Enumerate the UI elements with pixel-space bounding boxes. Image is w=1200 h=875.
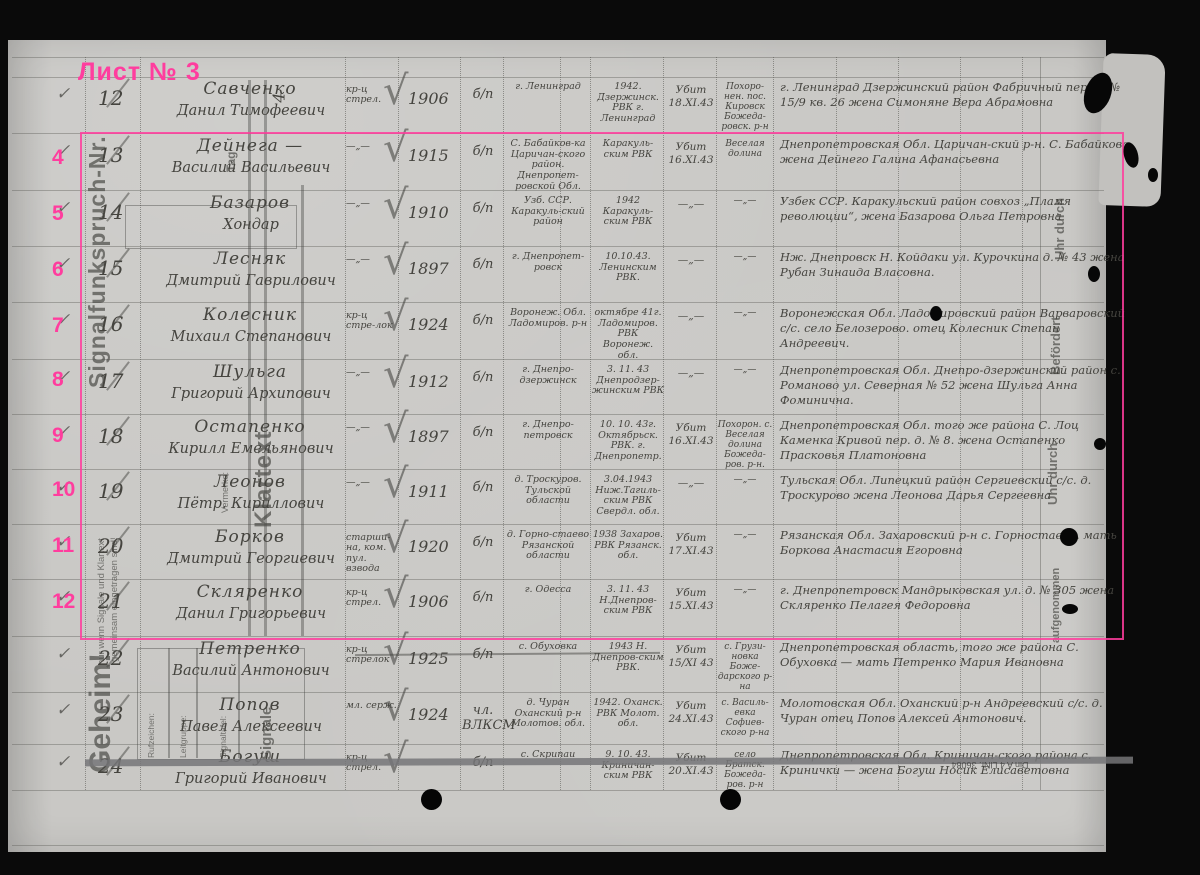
table-row: ✓ 24 Богуш Григорий Иванович кр-ц стрел.… [0, 746, 1200, 801]
year-checkmark: √ [383, 68, 409, 114]
birthplace: д. Чуран Оханский р-н Молотов. обл. [505, 698, 591, 730]
party-status: б/п [462, 87, 504, 102]
form-fine-print: Din A 4 LlNr. 36084 [900, 760, 1080, 770]
ink-blot [1062, 604, 1078, 614]
birth-year: 1906 [408, 89, 460, 108]
punch-hole [421, 789, 442, 810]
paper-tear [1148, 168, 1158, 182]
given-name: Григорий Иванович [142, 771, 360, 787]
burial-place: село Братск. Божеда-ров. р-н [716, 750, 774, 790]
margin-number: 5 [52, 202, 82, 226]
fate: Убит 15/XI 43 [665, 644, 717, 669]
margin-number: 7 [52, 314, 82, 338]
burial-place: с. Василь-евка Софиев-ского р-на [716, 698, 774, 738]
draft-info: 1942. Дзержинск. РВК г. Ленинград [592, 82, 664, 125]
highlight-box [80, 132, 1124, 640]
draft-info: 1943 Н. Днепров-ским РВК. [592, 642, 664, 674]
birth-year: 1925 [408, 649, 460, 668]
birth-year: 1924 [408, 705, 460, 724]
relative-address: Молотовская Обл. Оханский р-н Андреевски… [780, 696, 1132, 726]
margin-number: 12 [52, 590, 82, 614]
given-name: Павел Алексеевич [142, 719, 360, 735]
draft-info: 1942. Оханск. РВК Молот. обл. [592, 698, 664, 730]
pencil-mark-4: 4 [270, 92, 289, 102]
table-row: ✓ 22 Петренко Василий Антонович кр-ц стр… [0, 638, 1200, 693]
birthplace: г. Ленинград [505, 82, 591, 93]
margin-number: 6 [52, 258, 82, 282]
punch-hole [720, 789, 741, 810]
party-status: чл. ВЛКСМ [462, 703, 504, 733]
burial-place: Похоро-нен. пос. Кировск Божеда-ровск. р… [716, 82, 774, 132]
fate: Убит 24.XI.43 [665, 700, 717, 725]
paper-hole [1060, 528, 1078, 546]
given-name: Василий Антонович [142, 663, 360, 679]
scanned-document: Signalfunkspruch-Nr. nur wenn Signale un… [0, 0, 1200, 875]
margin-number: 10 [52, 478, 82, 502]
birthplace: с. Обуховка [505, 642, 591, 653]
margin-number: 8 [52, 368, 82, 392]
burial-place: с. Грузи-новка Боже-дарского р-на [716, 642, 774, 692]
paper-hole [930, 306, 942, 321]
relative-address: Днепропетровская область, того же района… [780, 640, 1132, 670]
surname: Попов [150, 695, 350, 715]
margin-number: 4 [52, 146, 82, 170]
table-row: ✓ 23 Попов Павел Алексеевич мл. серж. √ … [0, 694, 1200, 749]
check-mark: ✓ [56, 752, 70, 772]
check-mark: ✓ [56, 644, 70, 664]
paper-hole [1088, 266, 1100, 282]
paper-hole [1094, 438, 1106, 450]
check-mark: ✓ [56, 84, 70, 104]
surname: Петренко [150, 639, 350, 659]
sheet-number-label: Лист № 3 [78, 58, 201, 87]
margin-number: 9 [52, 424, 82, 448]
given-name: Данил Тимофеевич [142, 103, 360, 119]
check-mark: ✓ [56, 700, 70, 720]
year-checkmark: √ [383, 684, 409, 730]
draft-info: 9. 10. 43. Криничан-ским РВК [592, 750, 664, 782]
margin-number: 11 [52, 534, 82, 558]
relative-address: г. Ленинград Дзержинский район Фабричный… [780, 80, 1132, 110]
rule-line [12, 845, 1104, 846]
fate: Убит 18.XI.43 [665, 84, 717, 109]
